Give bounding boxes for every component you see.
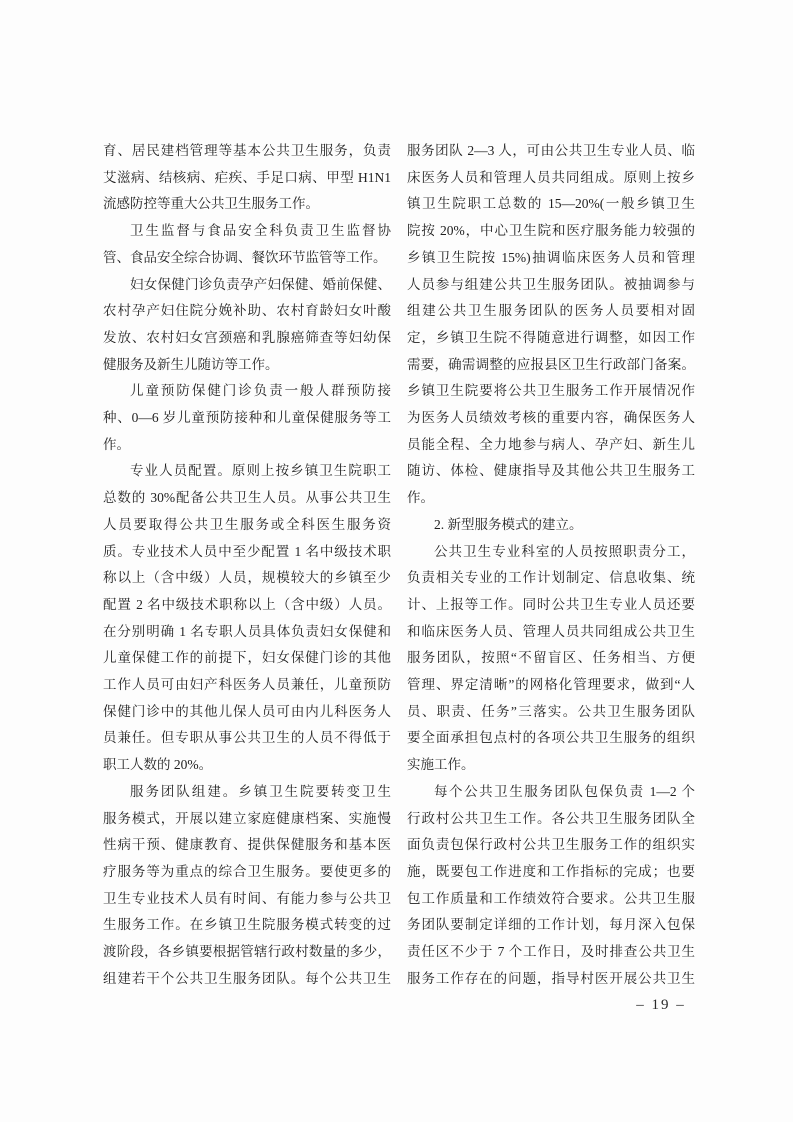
text-line: 务团队要制定详细的工作计划，每月深入包保 bbox=[407, 912, 695, 939]
text-line: 儿童保健工作的前提下，妇女保健门诊的其他 bbox=[103, 645, 391, 672]
text-line: 艾滋病、结核病、疟疾、手足口病、甲型 H1N1 bbox=[103, 165, 391, 192]
text-line: 随访、体检、健康指导及其他公共卫生服务工 bbox=[407, 458, 695, 485]
text-line: 管、食品安全综合协调、餐饮环节监管等工作。 bbox=[103, 245, 391, 272]
text-line: 床医务人员和管理人员共同组成。原则上按乡 bbox=[407, 165, 695, 192]
text-line: 卫生监督与食品安全科负责卫生监督协 bbox=[103, 218, 391, 245]
paragraph: 育、居民建档管理等基本公共卫生服务，负责艾滋病、结核病、疟疾、手足口病、甲型 H… bbox=[103, 138, 391, 218]
paragraph: 2. 新型服务模式的建立。 bbox=[407, 512, 695, 539]
text-line: 员能全程、全力地参与病人、孕产妇、新生儿 bbox=[407, 432, 695, 459]
paragraph: 每个公共卫生服务团队包保负责 1—2 个行政村公共卫生工作。各公共卫生服务团队全… bbox=[407, 779, 695, 993]
paragraph: 妇女保健门诊负责孕产妇保健、婚前保健、农村孕产妇住院分娩补助、农村育龄妇女叶酸发… bbox=[103, 272, 391, 379]
text-line: 工作人员可由妇产科医务人员兼任，儿童预防 bbox=[103, 672, 391, 699]
text-line: 组建若干个公共卫生服务团队。每个公共卫生 bbox=[103, 966, 391, 993]
text-line: 管理、界定清晰”的网格化管理要求，做到“人 bbox=[407, 672, 695, 699]
paragraph: 专业人员配置。原则上按乡镇卫生院职工总数的 30%配备公共卫生人员。从事公共卫生… bbox=[103, 458, 391, 778]
text-line: 在分别明确 1 名专职人员具体负责妇女保健和 bbox=[103, 619, 391, 646]
text-line: 服务团队，按照“不留盲区、任务相当、方便 bbox=[407, 645, 695, 672]
paragraph: 儿童预防保健门诊负责一般人群预防接种、0—6 岁儿童预防接种和儿童保健服务等工作… bbox=[103, 378, 391, 458]
text-line: 服务工作存在的问题，指导村医开展公共卫生 bbox=[407, 966, 695, 993]
text-line: 配置 2 名中级技术职称以上（含中级）人员。 bbox=[103, 592, 391, 619]
text-line: 儿童预防保健门诊负责一般人群预防接 bbox=[103, 378, 391, 405]
text-line: 施，既要包工作进度和工作指标的完成；也要 bbox=[407, 859, 695, 886]
text-line: 专业人员配置。原则上按乡镇卫生院职工 bbox=[103, 458, 391, 485]
text-line: 镇卫生院职工总数的 15—20%(一般乡镇卫生 bbox=[407, 191, 695, 218]
text-line: 为医务人员绩效考核的重要内容，确保医务人 bbox=[407, 405, 695, 432]
text-line: 乡镇卫生院要将公共卫生服务工作开展情况作 bbox=[407, 378, 695, 405]
text-line: 保健门诊中的其他儿保人员可由内儿科医务人 bbox=[103, 699, 391, 726]
text-line: 总数的 30%配备公共卫生人员。从事公共卫生 bbox=[103, 485, 391, 512]
text-line: 行政村公共卫生工作。各公共卫生服务团队全 bbox=[407, 806, 695, 833]
paragraph: 卫生监督与食品安全科负责卫生监督协管、食品安全综合协调、餐饮环节监管等工作。 bbox=[103, 218, 391, 271]
text-line: 包工作质量和工作绩效符合要求。公共卫生服 bbox=[407, 886, 695, 913]
text-line: 农村孕产妇住院分娩补助、农村育龄妇女叶酸 bbox=[103, 298, 391, 325]
paragraph: 服务团队组建。乡镇卫生院要转变卫生服务模式，开展以建立家庭健康档案、实施慢性病干… bbox=[103, 779, 391, 993]
text-line: 责任区不少于 7 个工作日，及时排查公共卫生 bbox=[407, 939, 695, 966]
paragraph: 公共卫生专业科室的人员按照职责分工，负责相关专业的工作计划制定、信息收集、统计、… bbox=[407, 539, 695, 779]
text-line: 乡镇卫生院按 15%)抽调临床医务人员和管理 bbox=[407, 245, 695, 272]
text-line: 性病干预、健康教育、提供保健服务和基本医 bbox=[103, 832, 391, 859]
text-line: 疗服务等为重点的综合卫生服务。要使更多的 bbox=[103, 859, 391, 886]
text-line: 公共卫生专业科室的人员按照职责分工， bbox=[407, 539, 695, 566]
text-line: 人员要取得公共卫生服务或全科医生服务资 bbox=[103, 512, 391, 539]
text-line: 组建公共卫生服务团队的医务人员要相对固 bbox=[407, 298, 695, 325]
text-line: 职工人数的 20%。 bbox=[103, 752, 391, 779]
text-line: 妇女保健门诊负责孕产妇保健、婚前保健、 bbox=[103, 272, 391, 299]
document-page: 育、居民建档管理等基本公共卫生服务，负责艾滋病、结核病、疟疾、手足口病、甲型 H… bbox=[0, 0, 793, 1122]
text-line: 每个公共卫生服务团队包保负责 1—2 个 bbox=[407, 779, 695, 806]
text-line: 人员参与组建公共卫生服务团队。被抽调参与 bbox=[407, 272, 695, 299]
text-line: 质。专业技术人员中至少配置 1 名中级技术职 bbox=[103, 539, 391, 566]
text-line: 负责相关专业的工作计划制定、信息收集、统 bbox=[407, 565, 695, 592]
text-line: 作。 bbox=[407, 485, 695, 512]
page-number: – 19 – bbox=[600, 997, 722, 1014]
text-line: 渡阶段，各乡镇要根据管辖行政村数量的多少， bbox=[103, 939, 391, 966]
text-line: 作。 bbox=[103, 432, 391, 459]
text-line: 服务团队 2—3 人，可由公共卫生专业人员、临 bbox=[407, 138, 695, 165]
text-line: 育、居民建档管理等基本公共卫生服务，负责 bbox=[103, 138, 391, 165]
text-line: 员兼任。但专职从事公共卫生的人员不得低于 bbox=[103, 725, 391, 752]
right-text-column: 服务团队 2—3 人，可由公共卫生专业人员、临床医务人员和管理人员共同组成。原则… bbox=[407, 138, 695, 993]
text-line: 定，乡镇卫生院不得随意进行调整，如因工作 bbox=[407, 325, 695, 352]
text-line: 院按 20%，中心卫生院和医疗服务能力较强的 bbox=[407, 218, 695, 245]
text-line: 健服务及新生儿随访等工作。 bbox=[103, 352, 391, 379]
paragraph: 服务团队 2—3 人，可由公共卫生专业人员、临床医务人员和管理人员共同组成。原则… bbox=[407, 138, 695, 512]
text-line: 实施工作。 bbox=[407, 752, 695, 779]
text-line: 面负责包保行政村公共卫生服务工作的组织实 bbox=[407, 832, 695, 859]
text-line: 服务模式，开展以建立家庭健康档案、实施慢 bbox=[103, 806, 391, 833]
text-line: 要全面承担包点村的各项公共卫生服务的组织 bbox=[407, 725, 695, 752]
text-line: 服务团队组建。乡镇卫生院要转变卫生 bbox=[103, 779, 391, 806]
left-text-column: 育、居民建档管理等基本公共卫生服务，负责艾滋病、结核病、疟疾、手足口病、甲型 H… bbox=[103, 138, 391, 993]
text-line: 称以上（含中级）人员，规模较大的乡镇至少 bbox=[103, 565, 391, 592]
text-line: 流感防控等重大公共卫生服务工作。 bbox=[103, 191, 391, 218]
text-line: 需要，确需调整的应报县区卫生行政部门备案。 bbox=[407, 352, 695, 379]
text-line: 发放、农村妇女宫颈癌和乳腺癌筛查等妇幼保 bbox=[103, 325, 391, 352]
text-line: 计、上报等工作。同时公共卫生专业人员还要 bbox=[407, 592, 695, 619]
text-line: 员、职责、任务”三落实。公共卫生服务团队 bbox=[407, 699, 695, 726]
text-line: 生服务工作。在乡镇卫生院服务模式转变的过 bbox=[103, 912, 391, 939]
text-line: 卫生专业技术人员有时间、有能力参与公共卫 bbox=[103, 886, 391, 913]
text-line: 种、0—6 岁儿童预防接种和儿童保健服务等工 bbox=[103, 405, 391, 432]
text-line: 2. 新型服务模式的建立。 bbox=[407, 512, 695, 539]
text-line: 和临床医务人员、管理人员共同组成公共卫生 bbox=[407, 619, 695, 646]
